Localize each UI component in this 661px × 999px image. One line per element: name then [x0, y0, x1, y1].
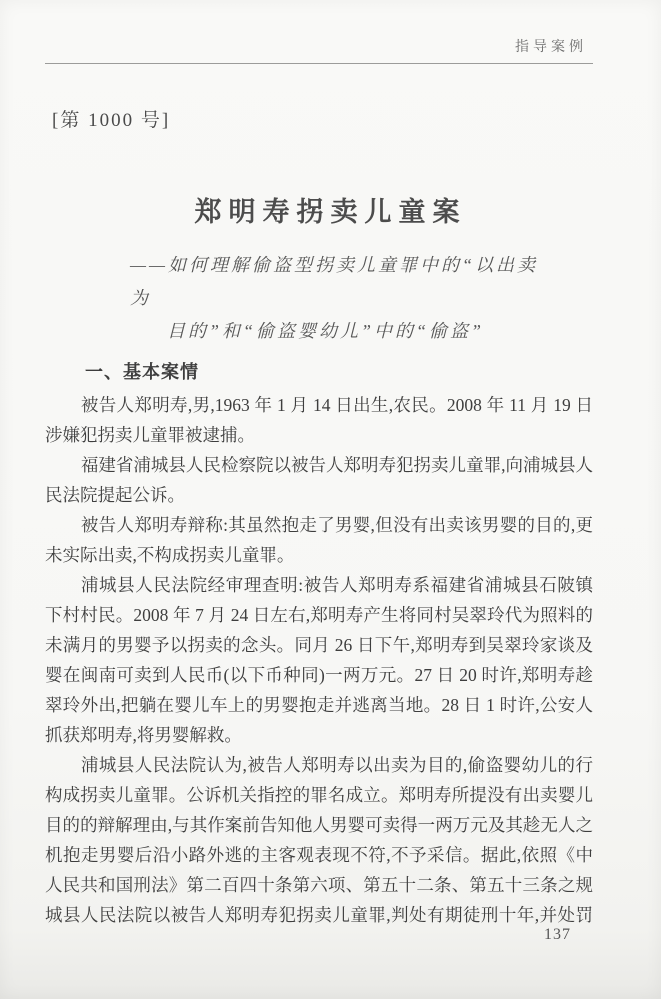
body-line: 民法院提起公诉。 [45, 480, 593, 510]
body-line: 翠玲外出,把躺在婴儿车上的男婴抱走并逃离当地。28 日 1 时许,公安人员 [45, 690, 593, 720]
body-line: 被告人郑明寿,男,1963 年 1 月 14 日出生,农民。2008 年 11 … [45, 390, 593, 420]
case-subtitle-line-1: ——如何理解偷盗型拐卖儿童罪中的“以出卖为 [130, 249, 550, 315]
header-rule [45, 63, 593, 64]
running-header-label: 指导案例 [515, 40, 587, 55]
paragraph: 浦城县人民法院认为,被告人郑明寿以出卖为目的,偷盗婴幼儿的行为 构成拐卖儿童罪。… [45, 750, 593, 930]
running-header: 指导案例 [515, 36, 587, 56]
paragraph: 被告人郑明寿,男,1963 年 1 月 14 日出生,农民。2008 年 11 … [45, 390, 593, 450]
paragraph: 浦城县人民法院经审理查明:被告人郑明寿系福建省浦城县石陂镇碓 下村村民。2008… [45, 570, 593, 750]
body-line: 抓获郑明寿,将男婴解救。 [45, 720, 593, 750]
body-line: 福建省浦城县人民检察院以被告人郑明寿犯拐卖儿童罪,向浦城县人 [45, 450, 593, 480]
paragraph: 被告人郑明寿辩称:其虽然抱走了男婴,但没有出卖该男婴的目的,更 未实际出卖,不构… [45, 510, 593, 570]
case-title: 郑明寿拐卖儿童案 [0, 190, 661, 229]
body-line: 涉嫌犯拐卖儿童罪被逮捕。 [45, 420, 593, 450]
section-heading: 一、基本案情 [85, 358, 199, 384]
case-number: [第 1000 号] [52, 105, 170, 132]
body-line: 浦城县人民法院认为,被告人郑明寿以出卖为目的,偷盗婴幼儿的行为 [45, 750, 593, 780]
body-line: 构成拐卖儿童罪。公诉机关指控的罪名成立。郑明寿所提没有出卖婴儿的 [45, 780, 593, 810]
case-subtitle-line-2: 目的”和“偷盗婴幼儿”中的“偷盗” [130, 315, 550, 348]
body-line: 未实际出卖,不构成拐卖儿童罪。 [45, 540, 593, 570]
body-line: 城县人民法院以被告人郑明寿犯拐卖儿童罪,判处有期徒刑十年,并处罚金 [45, 900, 593, 930]
body-line: 被告人郑明寿辩称:其虽然抱走了男婴,但没有出卖该男婴的目的,更 [45, 510, 593, 540]
paragraph: 福建省浦城县人民检察院以被告人郑明寿犯拐卖儿童罪,向浦城县人 民法院提起公诉。 [45, 450, 593, 510]
body-line: 机抱走男婴后沿小路外逃的主客观表现不符,不予采信。据此,依照《中华 [45, 840, 593, 870]
case-subtitle: ——如何理解偷盗型拐卖儿童罪中的“以出卖为 目的”和“偷盗婴幼儿”中的“偷盗” [130, 249, 550, 348]
body-line: 人民共和国刑法》第二百四十条第六项、第五十二条、第五十三条之规定,浦 [45, 870, 593, 900]
case-body: 被告人郑明寿,男,1963 年 1 月 14 日出生,农民。2008 年 11 … [45, 390, 593, 930]
body-line: 下村村民。2008 年 7 月 24 日左右,郑明寿产生将同村吴翠玲代为照料的尚 [45, 600, 593, 630]
body-line: 婴在闽南可卖到人民币(以下币种同)一两万元。27 日 20 时许,郑明寿趁吴 [45, 660, 593, 690]
body-line: 未满月的男婴予以拐卖的念头。同月 26 日下午,郑明寿到吴翠玲家谈及男 [45, 630, 593, 660]
document-page: 指导案例 [第 1000 号] 郑明寿拐卖儿童案 ——如何理解偷盗型拐卖儿童罪中… [0, 0, 661, 999]
body-line: 目的的辩解理由,与其作案前告知他人男婴可卖得一两万元及其趁无人之 [45, 810, 593, 840]
body-line: 浦城县人民法院经审理查明:被告人郑明寿系福建省浦城县石陂镇碓 [45, 570, 593, 600]
page-number: 137 [544, 926, 571, 944]
